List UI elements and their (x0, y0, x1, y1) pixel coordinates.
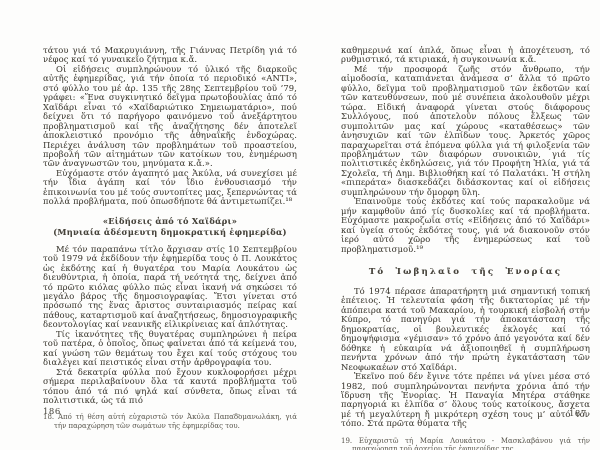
paragraph: Ἐκεῖνο πού δέν ἔγινε τότε πρέπει νά γίνε… (341, 372, 590, 429)
section-heading-left-line2: (Μηνιαία ἀδέσμευτη δημοκρατική ἐφημερίδα… (43, 227, 297, 238)
paragraph: Ἐπαινοῦμε τούς ἐκδότες καί τούς παρακαλο… (341, 197, 590, 254)
paragraph: τάτου γιά τό Μακρυγιάννη, τῆς Γιάννας Πε… (43, 46, 297, 65)
paragraph: Τό 1974 πέρασε ἀπαρατήρητη μιά σημαντική… (341, 287, 590, 372)
scan-artifact (233, 414, 240, 415)
paragraph: Μέ τήν προσφορά ζωῆς στόν ἄνθρωπο, τήν α… (341, 65, 590, 197)
page-right: καθημερινά καί ἁπλά, ὅπως εἶναι ἡ ἀποχέτ… (341, 46, 590, 450)
footnote-19: 19. Εὐχαριστῶ τή Μαρία Λουκάτου - Μασκλα… (341, 437, 590, 450)
section-heading-left: «Εἰδήσεις ἀπό τό Χαϊδάρι» (Μηνιαία ἀδέσμ… (43, 216, 297, 238)
paragraph: Τίς ἱκανότητες τῆς θυγατέρας συμπληρώνει… (43, 330, 297, 368)
footnote-18: 18. Ἀπό τή θέση αὐτή εὐχαριστῶ τόν Ἀκύλα… (43, 413, 297, 430)
paragraph: Στά δεκατρία φύλλα πού ἔχουν κυκλοφορήσε… (43, 368, 297, 406)
paragraph: καθημερινά καί ἁπλά, ὅπως εἶναι ἡ ἀποχέτ… (341, 46, 590, 65)
paragraph: Μέ τόν παραπάνω τίτλο ἄρχισαν στίς 10 Σε… (43, 245, 297, 330)
section-heading-left-line1: «Εἰδήσεις ἀπό τό Χαϊδάρι» (43, 216, 297, 227)
page-number-left: 186 (43, 407, 61, 417)
paragraph: Εὐχόμαστε στόν ἀγαπητό μας Ἀκύλα, νά συν… (43, 169, 297, 207)
section-heading-right: Τό Ἰωβηλαῖο τῆς Ἐνορίας (343, 267, 588, 277)
page-left: τάτου γιά τό Μακρυγιάννη, τῆς Γιάννας Πε… (43, 46, 297, 431)
page-number-right: 187 (569, 409, 587, 419)
paragraph: Οἱ εἰδήσεις συμπληρώνουν τό ὑλικό τῆς δι… (43, 65, 297, 169)
